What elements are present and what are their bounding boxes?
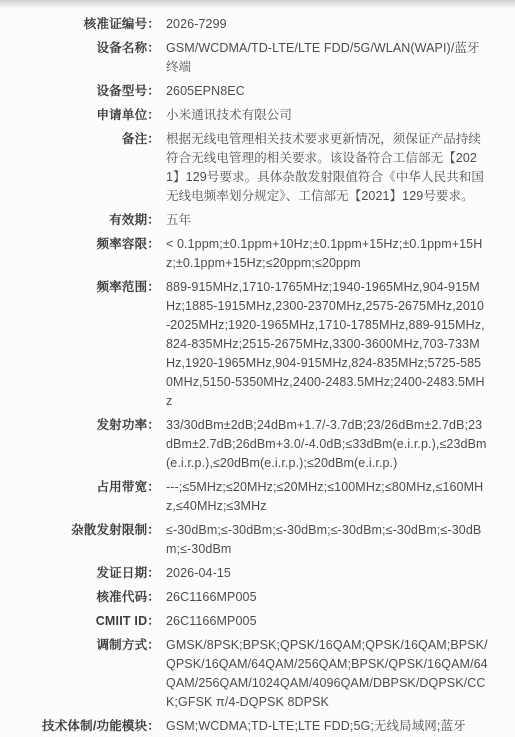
field-row: 杂散发射限制： ≤-30dBm;≤-30dBm;≤-30dBm;≤-30dBm;… [0, 521, 488, 559]
field-row: 设备型号： 2605EPN8EC [0, 82, 488, 101]
field-value: GSM;WCDMA;TD-LTE;LTE FDD;5G;无线局域网;蓝牙 [166, 717, 488, 736]
field-row: 设备名称： GSM/WCDMA/TD-LTE/LTE FDD/5G/WLAN(W… [0, 39, 488, 77]
field-label: 技术体制/功能模块： [0, 717, 160, 736]
field-label: 发证日期： [0, 564, 160, 583]
field-row: CMIIT ID： 26C1166MP005 [0, 612, 488, 631]
field-value: 889-915MHz,1710-1765MHz;1940-1965MHz,904… [166, 278, 488, 411]
field-row: 发证日期： 2026-04-15 [0, 564, 488, 583]
field-label: 核准代码： [0, 588, 160, 607]
field-value: 2026-04-15 [166, 564, 488, 583]
field-row: 调制方式： GMSK/8PSK;BPSK;QPSK/16QAM;QPSK/16Q… [0, 636, 488, 712]
top-divider-shadow [0, 0, 515, 9]
field-value: 26C1166MP005 [166, 588, 488, 607]
field-value: 2605EPN8EC [166, 82, 488, 101]
field-value: ---;≤5MHz;≤20MHz;≤20MHz;≤100MHz;≤80MHz,≤… [166, 478, 488, 516]
field-value: 小米通讯技术有限公司 [166, 106, 488, 125]
field-value: GSM/WCDMA/TD-LTE/LTE FDD/5G/WLAN(WAPI)/蓝… [166, 39, 488, 77]
field-row: 有效期： 五年 [0, 211, 488, 230]
field-value: 33/30dBm±2dB;24dBm+1.7/-3.7dB;23/26dBm±2… [166, 416, 488, 473]
field-label: 发射功率： [0, 416, 160, 435]
field-row: 技术体制/功能模块： GSM;WCDMA;TD-LTE;LTE FDD;5G;无… [0, 717, 488, 736]
field-label: 设备型号： [0, 82, 160, 101]
field-label: 核准证编号： [0, 15, 160, 34]
field-label: 频率范围： [0, 278, 160, 297]
certificate-details: 核准证编号： 2026-7299 设备名称： GSM/WCDMA/TD-LTE/… [0, 9, 515, 736]
field-row: 占用带宽： ---;≤5MHz;≤20MHz;≤20MHz;≤100MHz;≤8… [0, 478, 488, 516]
field-value: 2026-7299 [166, 15, 488, 34]
field-label: 设备名称： [0, 39, 160, 58]
field-value: 根据无线电管理相关技术要求更新情况，须保证产品持续符合无线电管理的相关要求。该设… [166, 130, 488, 206]
field-label: 占用带宽： [0, 478, 160, 497]
field-row: 频率容限： < 0.1ppm;±0.1ppm+10Hz;±0.1ppm+15Hz… [0, 235, 488, 273]
field-label: 申请单位： [0, 106, 160, 125]
field-row: 备注： 根据无线电管理相关技术要求更新情况，须保证产品持续符合无线电管理的相关要… [0, 130, 488, 206]
field-value: GMSK/8PSK;BPSK;QPSK/16QAM;QPSK/16QAM;BPS… [166, 636, 488, 712]
field-label: 有效期： [0, 211, 160, 230]
field-label: 调制方式： [0, 636, 160, 655]
field-value: < 0.1ppm;±0.1ppm+10Hz;±0.1ppm+15Hz;±0.1p… [166, 235, 488, 273]
field-label: CMIIT ID： [0, 612, 160, 631]
field-row: 核准代码： 26C1166MP005 [0, 588, 488, 607]
field-value: 26C1166MP005 [166, 612, 488, 631]
field-value: 五年 [166, 211, 488, 230]
field-label: 杂散发射限制： [0, 521, 160, 540]
field-row: 发射功率： 33/30dBm±2dB;24dBm+1.7/-3.7dB;23/2… [0, 416, 488, 473]
field-label: 备注： [0, 130, 160, 149]
field-row: 核准证编号： 2026-7299 [0, 15, 488, 34]
field-row: 申请单位： 小米通讯技术有限公司 [0, 106, 488, 125]
field-row: 频率范围： 889-915MHz,1710-1765MHz;1940-1965M… [0, 278, 488, 411]
field-label: 频率容限： [0, 235, 160, 254]
field-value: ≤-30dBm;≤-30dBm;≤-30dBm;≤-30dBm;≤-30dBm;… [166, 521, 488, 559]
